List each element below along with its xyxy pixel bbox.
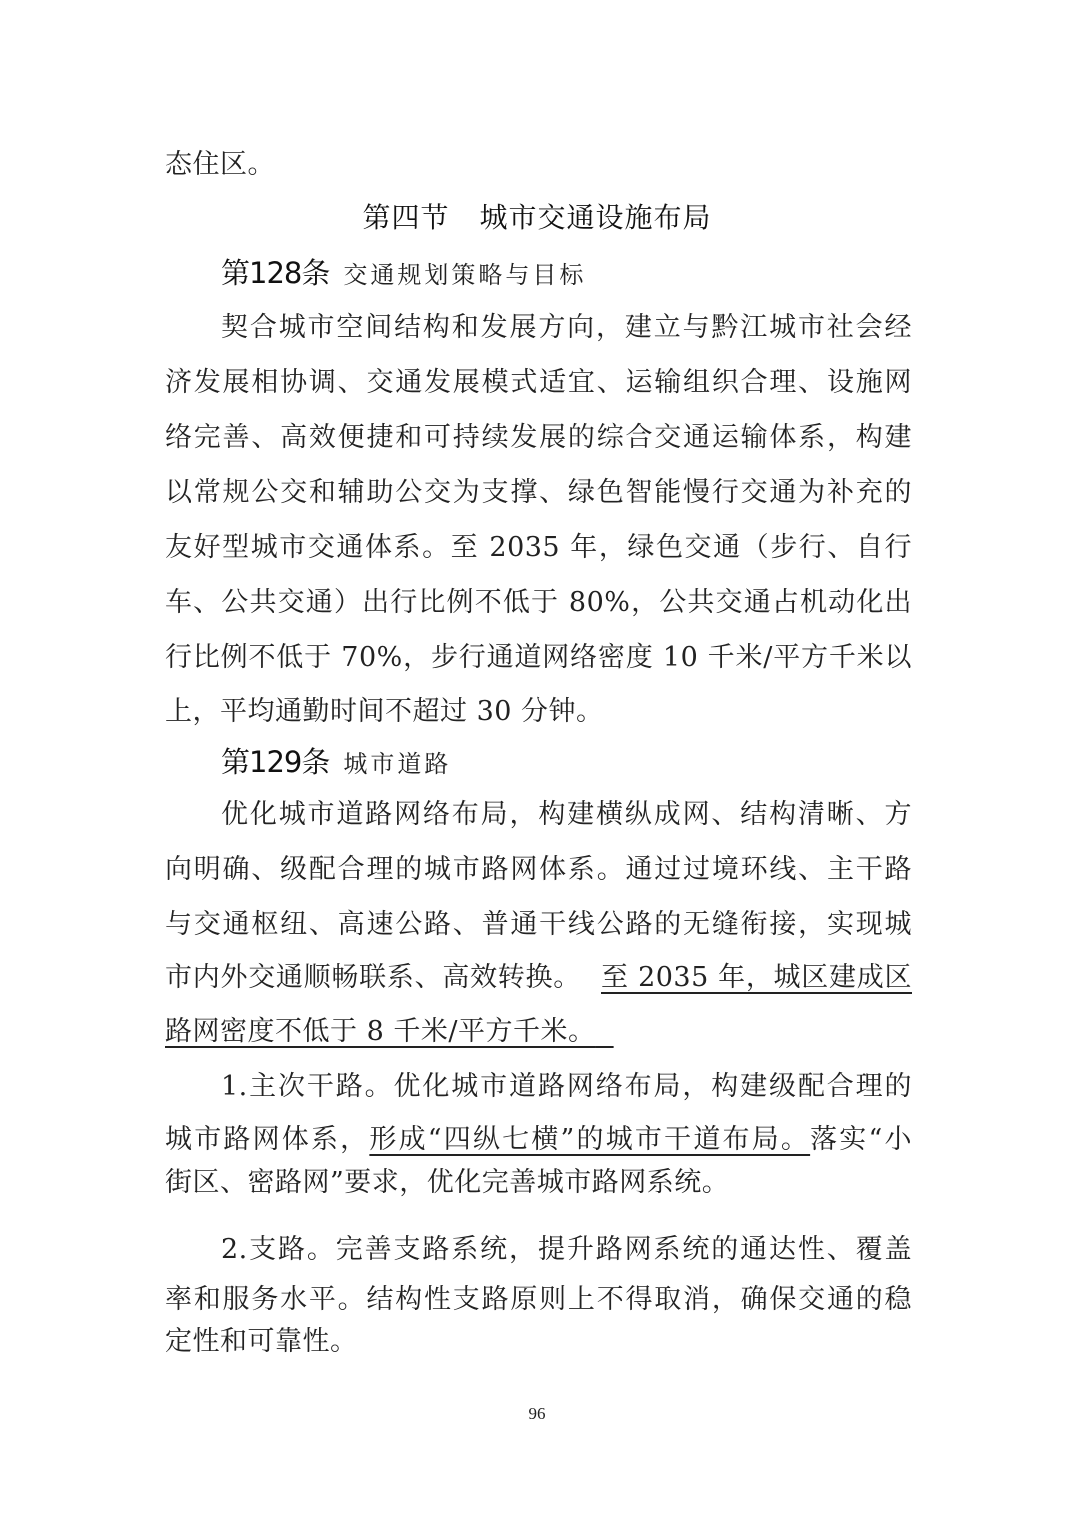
item-1-line-mixed: 城市路网体系，形成“四纵七横”的城市干道布局。落实“小 xyxy=(165,1123,912,1157)
article-title: 交通规划策略与目标 xyxy=(343,261,586,289)
article-title: 城市道路 xyxy=(343,750,451,778)
page-number: 96 xyxy=(0,1404,1074,1424)
item-2-line: 2.支路。完善支路系统，提升路网系统的通达性、覆盖 xyxy=(221,1233,912,1267)
paragraph-line: 友好型城市交通体系。至 2035 年，绿色交通（步行、自行 xyxy=(165,531,912,565)
carryover-text: 态住区。 xyxy=(165,148,912,182)
underlined-text: 至 2035 年，城区建成区 xyxy=(601,962,912,993)
section-number: 第四节 xyxy=(362,201,449,234)
plain-text: 落实“小 xyxy=(810,1124,912,1155)
paragraph-line: 车、公共交通）出行比例不低于 80%，公共交通占机动化出 xyxy=(165,586,912,620)
article-number: 第128条 xyxy=(221,256,329,290)
underlined-text: 路网密度不低于 8 千米/平方千米。 xyxy=(165,1016,595,1047)
underline-trail xyxy=(595,1016,613,1047)
paragraph-line-mixed: 市内外交通顺畅联系、高效转换。至 2035 年，城区建成区 xyxy=(165,961,912,995)
paragraph-line: 契合城市空间结构和发展方向，建立与黔江城市社会经 xyxy=(221,311,912,345)
underlined-text: 形成“四纵七横”的城市干道布局。 xyxy=(369,1124,810,1155)
item-2-line: 定性和可靠性。 xyxy=(165,1325,912,1359)
paragraph-line: 上，平均通勤时间不超过 30 分钟。 xyxy=(165,695,912,729)
section-heading: 第四节城市交通设施布局 xyxy=(0,200,1074,236)
article-128-heading: 第128条交通规划策略与目标 xyxy=(221,255,586,293)
paragraph-line: 向明确、级配合理的城市路网体系。通过过境环线、主干路 xyxy=(165,853,912,887)
plain-text: 城市路网体系， xyxy=(165,1124,369,1155)
paragraph-line: 络完善、高效便捷和可持续发展的综合交通运输体系，构建 xyxy=(165,421,912,455)
plain-text: 市内外交通顺畅联系、高效转换。 xyxy=(165,962,581,993)
paragraph-line-underlined: 路网密度不低于 8 千米/平方千米。 xyxy=(165,1015,912,1049)
paragraph-line: 与交通枢纽、高速公路、普通干线公路的无缝衔接，实现城 xyxy=(165,908,912,942)
item-1-line: 1.主次干路。优化城市道路网络布局，构建级配合理的 xyxy=(221,1070,912,1104)
item-2-line: 率和服务水平。结构性支路原则上不得取消，确保交通的稳 xyxy=(165,1283,912,1317)
section-name: 城市交通设施布局 xyxy=(480,201,712,234)
paragraph-line: 济发展相协调、交通发展模式适宜、运输组织合理、设施网 xyxy=(165,366,912,400)
article-129-heading: 第129条城市道路 xyxy=(221,744,451,782)
paragraph-line: 以常规公交和辅助公交为支撑、绿色智能慢行交通为补充的 xyxy=(165,476,912,510)
paragraph-line: 优化城市道路网络布局，构建横纵成网、结构清晰、方 xyxy=(221,798,912,832)
document-page: 态住区。 第四节城市交通设施布局 第128条交通规划策略与目标 契合城市空间结构… xyxy=(0,0,1074,1520)
article-number: 第129条 xyxy=(221,745,329,779)
paragraph-line: 行比例不低于 70%，步行通道网络密度 10 千米/平方千米以 xyxy=(165,641,912,675)
item-1-line: 街区、密路网”要求，优化完善城市路网系统。 xyxy=(165,1166,912,1200)
